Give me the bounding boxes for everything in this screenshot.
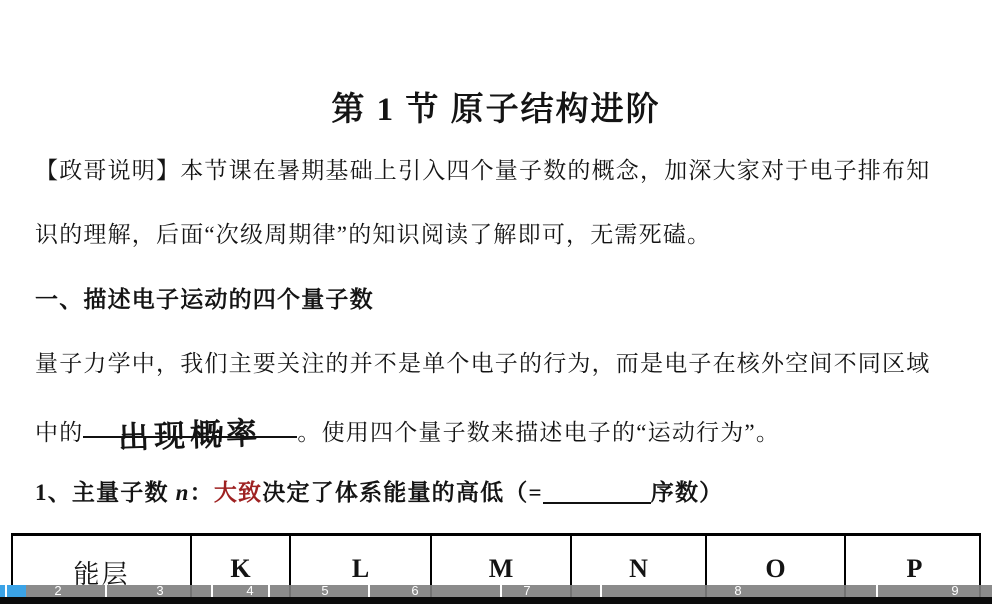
item-1-text: 决定了体系能量的高低（= [262,480,543,505]
item-1-colon: ： [190,480,214,505]
progress-played-segment [0,585,26,597]
chapter-number: 3 [156,585,163,597]
chapter-number: 6 [411,585,418,597]
page-title: 第 1 节 原子结构进阶 [0,83,992,130]
chapter-number: 7 [523,585,530,597]
chapter-tick [368,585,370,597]
body-line-2-prefix: 中的 [35,420,83,445]
intro-line-2: 识的理解，后面“次级周期律”的知识阅读了解即可，无需死磕。 [35,216,711,249]
item-1-highlight-term: 大致 [214,480,262,505]
letterbox-bottom-bar [0,597,992,604]
chapter-number: 9 [951,585,958,597]
section-heading: 一、描述电子运动的四个量子数 [35,281,374,314]
chapter-tick [876,585,878,597]
chapter-tick [600,585,602,597]
fill-in-blank-underline-2 [543,474,651,504]
lecture-slide-page: 第 1 节 原子结构进阶 【政哥说明】本节课在暑期基础上引入四个量子数的概念，加… [0,0,992,604]
chapter-number: 8 [734,585,741,597]
handwritten-answer: 出现概率 [118,408,263,458]
item-1-suffix: 序数） [651,480,724,505]
body-line-1: 量子力学中，我们主要关注的并不是单个电子的行为，而是电子在核外空间不同区域 [35,345,930,378]
chapter-tick [105,585,107,597]
fill-in-blank-underline: 出现概率 [83,408,297,438]
chapter-tick [5,585,7,597]
video-progress-bar[interactable]: 2 3 4 5 6 7 8 9 [0,585,992,597]
item-1-symbol-n: n [176,480,190,505]
chapter-tick [500,585,502,597]
chapter-tick [211,585,213,597]
chapter-number: 2 [54,585,61,597]
item-1-prefix: 1、主量子数 [35,480,176,505]
item-1-line: 1、主量子数 n：大致决定了体系能量的高低（=序数） [35,474,723,507]
chapter-tick [268,585,270,597]
intro-line-1: 【政哥说明】本节课在暑期基础上引入四个量子数的概念，加深大家对于电子排布知 [35,152,930,185]
body-line-2-suffix: 。使用四个量子数来描述电子的“运动行为”。 [297,420,780,445]
chapter-number: 4 [246,585,253,597]
chapter-number: 5 [321,585,328,597]
body-line-2: 中的出现概率。使用四个量子数来描述电子的“运动行为”。 [35,408,780,447]
